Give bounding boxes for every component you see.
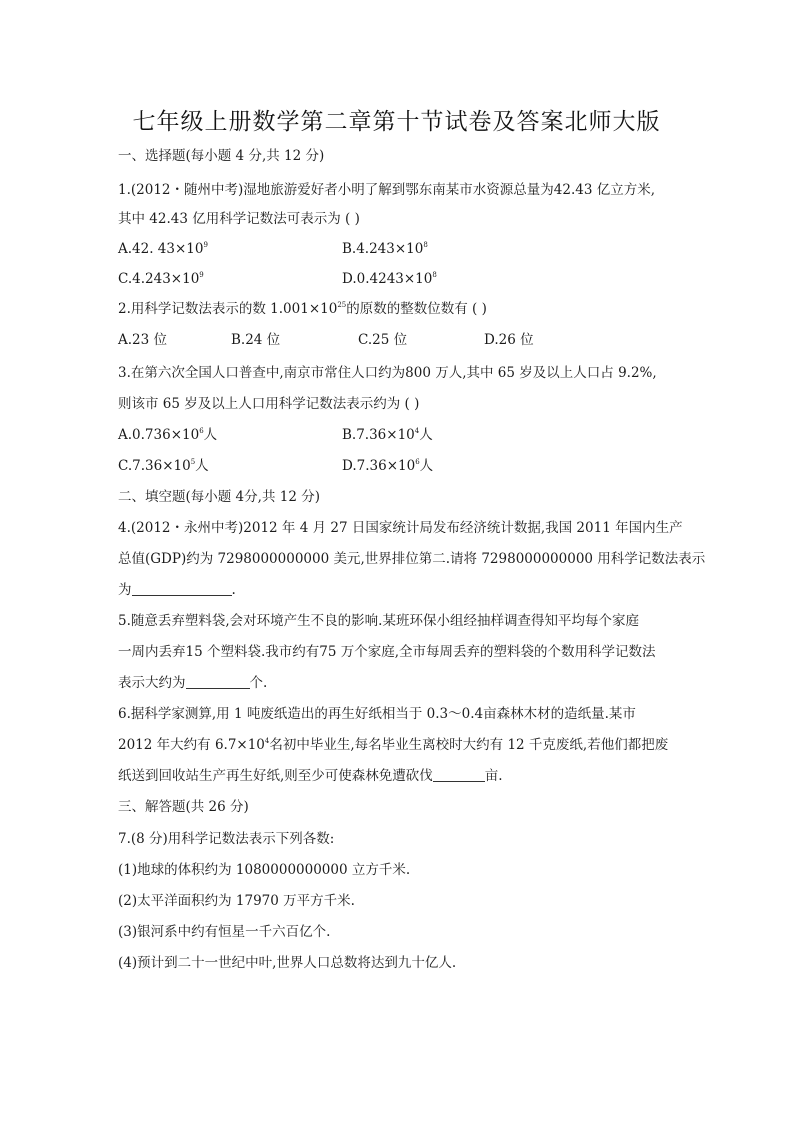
question-6-line-2: 2012 年大约有 6.7×104名初中毕业生,每名毕业生离校时大约有 12 千…	[118, 736, 668, 754]
question-5-line-1: 5.随意丢弃塑料袋,会对环境产生不良的影响.某班环保小组经抽样调查得知平均每个家…	[118, 612, 639, 630]
question-3-line-2: 则该市 65 岁及以上人口用科学记数法表示约为 ( )	[118, 395, 419, 413]
question-5-line-2: 一周内丢弃15 个塑料袋.我市约有75 万个家庭,全市每周丢弃的塑料袋的个数用科…	[118, 643, 656, 661]
question-7-item-3: (3)银河系中约有恒星一千六百亿个.	[118, 923, 330, 941]
answer-blank	[433, 768, 485, 782]
question-6-line-3: 纸送到回收站生产再生好纸,则至少可使森林免遭砍伐亩.	[118, 767, 503, 785]
question-2-option-d: D.26 位	[484, 331, 534, 349]
question-2-option-a: A.23 位	[118, 331, 167, 349]
question-3-option-d: D.7.36×106人	[342, 457, 433, 475]
question-3-line-1: 3.在第六次全国人口普查中,南京市常住人口约为800 万人,其中 65 岁及以上…	[118, 364, 657, 382]
question-2-stem: 2.用科学记数法表示的数 1.001×1025的原数的整数位数有 ( )	[118, 300, 487, 318]
question-1-option-a: A.42. 43×109	[118, 240, 208, 258]
question-4-line-1: 4.(2012・永州中考)2012 年 4 月 27 日国家统计局发布经济统计数…	[118, 519, 683, 537]
answer-blank	[132, 582, 232, 596]
question-7-item-1: (1)地球的体积约为 1080000000000 立方千米.	[118, 861, 410, 879]
question-1-option-d: D.0.4243×108	[342, 270, 437, 288]
question-2-option-b: B.24 位	[231, 331, 280, 349]
question-1-option-b: B.4.243×108	[342, 240, 428, 258]
page-title: 七年级上册数学第二章第十节试卷及答案北师大版	[0, 103, 793, 136]
section-heading-choice: 一、选择题(每小题 4 分,共 12 分)	[118, 147, 324, 165]
question-7-item-2: (2)太平洋面积约为 17970 万平方千米.	[118, 892, 355, 910]
question-3-option-b: B.7.36×104人	[342, 426, 433, 444]
section-heading-fill-blank: 二、填空题(每小题 4分,共 12 分)	[118, 488, 320, 506]
question-7-stem: 7.(8 分)用科学记数法表示下列各数:	[118, 830, 334, 848]
section-heading-solve: 三、解答题(共 26 分)	[118, 798, 249, 816]
question-1-line-2: 其中 42.43 亿用科学记数法可表示为 ( )	[118, 210, 360, 228]
question-5-line-3: 表示大约为个.	[118, 674, 267, 692]
question-7-item-4: (4)预计到二十一世纪中叶,世界人口总数将达到九十亿人.	[118, 954, 456, 972]
answer-blank	[186, 675, 250, 689]
question-1-option-c: C.4.243×109	[118, 270, 204, 288]
question-4-line-2: 总值(GDP)约为 7298000000000 美元,世界排位第二.请将 729…	[118, 550, 705, 568]
question-1-line-1: 1.(2012・随州中考)湿地旅游爱好者小明了解到鄂东南某市水资源总量为42.4…	[118, 181, 655, 199]
question-6-line-1: 6.据科学家测算,用 1 吨废纸造出的再生好纸相当于 0.3～0.4亩森林木材的…	[118, 705, 636, 723]
question-2-option-c: C.25 位	[358, 331, 407, 349]
document-page: 七年级上册数学第二章第十节试卷及答案北师大版 一、选择题(每小题 4 分,共 1…	[0, 0, 793, 1122]
question-3-option-c: C.7.36×105人	[118, 457, 209, 475]
question-4-line-3: 为.	[118, 581, 236, 599]
question-3-option-a: A.0.736×106人	[118, 426, 217, 444]
